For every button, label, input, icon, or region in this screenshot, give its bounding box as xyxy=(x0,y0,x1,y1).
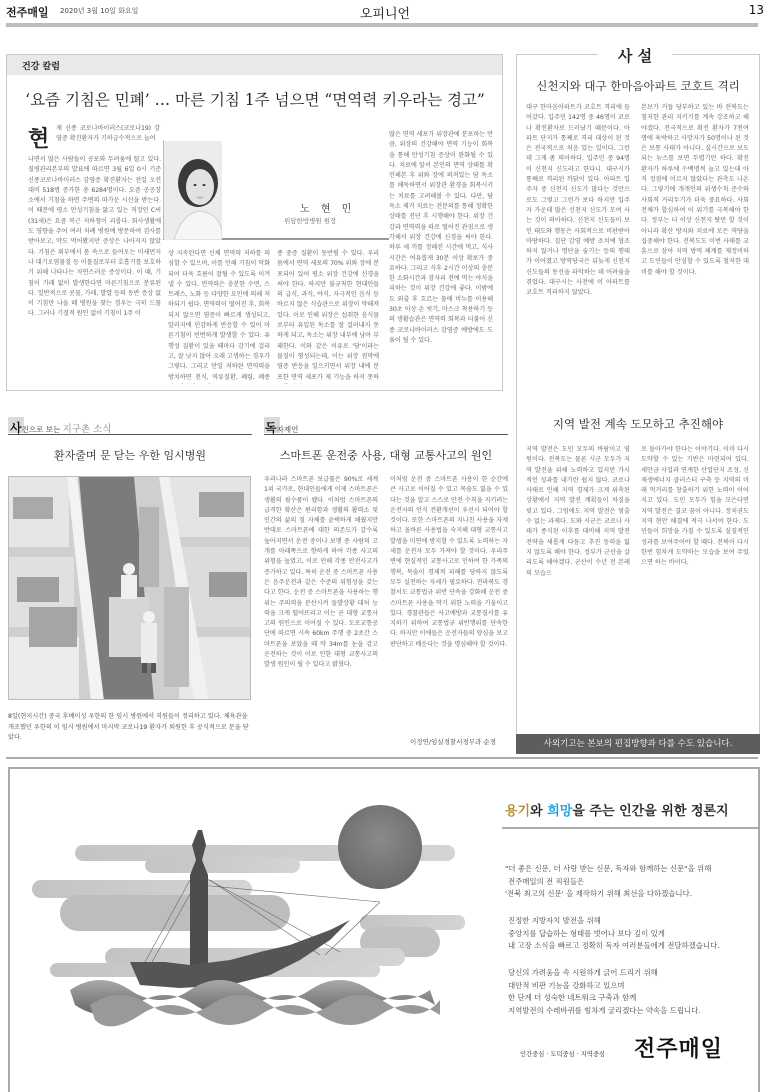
editorial-1-body-col2: 본보가 거듭 당부하고 있는 바 전북도는 철저한 관리 지키기를 계속 강조하… xyxy=(641,103,749,398)
reader-proposal-body-col1: 우리나라 스마트폰 보급률은 90%로 세계 1위 국가로, 현대인들에게 이제… xyxy=(264,475,378,733)
ad-paragraph-2: 진정한 지방자치 발전을 위해 중앙지를 답습하는 형태를 벗어나 보다 깊이 … xyxy=(505,915,755,953)
ad-top-rule xyxy=(6,757,758,759)
editorial-1-body-col1: 대구 한마음아파트가 코호트 격리에 들어갔다. 입주민 142명 중 46명이… xyxy=(526,103,630,398)
ad-slogan-and: 와 xyxy=(530,804,547,819)
ad-line: 전주매일의 전 직원들은 xyxy=(505,876,755,889)
ad-slogan-courage: 용기 xyxy=(505,804,530,819)
editorial-frame-top-right xyxy=(672,54,760,55)
disclaimer-banner: 사외기고는 본보의 편집방향과 다를 수도 있습니다. xyxy=(516,734,760,754)
editorial-2-body-col2: 로 돌아가야 한다는 이야기다. 이미 다시 도약할 수 있는 기반은 마련되어… xyxy=(641,445,749,717)
health-column-intro: 재 신종 코로나바이러스(코로나19) 감염증 확진환자가 기하급수적으로 늘어 xyxy=(56,124,160,145)
health-column-label: 건강 칼럼 xyxy=(22,59,60,72)
ad-line: 당신의 가려움을 속 시원하게 긁어 드리기 위해 xyxy=(508,967,755,980)
author-portrait xyxy=(164,141,222,240)
ad-paragraph-3: 당신의 가려움을 속 시원하게 긁어 드리기 위해 대안적 비판 기능을 강화하… xyxy=(505,967,755,1017)
dropcap: 현 xyxy=(28,122,49,153)
reader-proposal-rule xyxy=(264,434,508,435)
health-column-body-col4: 많은 면역 세포가 위장관에 분포하는 만큼, 위장의 건강해야 면역 기능이 … xyxy=(389,130,493,385)
ship-illustration xyxy=(30,800,470,1044)
editorial-label: 사 설 xyxy=(598,45,672,66)
reader-proposal-body-col2: 이처럼 운전 중 스마트폰 사용이 한 순간에 큰 사고로 이어질 수 있고 목… xyxy=(390,475,508,733)
reader-byline: 이정연/임실경찰서경무과 순경 xyxy=(410,737,496,746)
author-title: 위담한방병원 원장 xyxy=(284,216,336,225)
ad-slogan: 용기와 희망을 주는 인간을 위한 정론지 xyxy=(505,800,729,819)
health-column-body-col2: 상 지속된다면 신체 면역력 저하를 의심할 수 있으며, 이를 인해 기침이 … xyxy=(168,249,270,384)
ad-logo: 전주매일 xyxy=(634,1032,723,1063)
health-column-headline[interactable]: ‘요즘 기침은 민폐’ … 마른 기침 1주 넘으면 “면역력 키우라는 경고” xyxy=(0,88,510,110)
photo-news-label-small: 진으로 보는 xyxy=(22,425,63,434)
ad-slogan-hope: 희망 xyxy=(547,804,572,819)
reader-proposal-label-small: 자제언 xyxy=(277,425,299,434)
editorial-headline-2[interactable]: 지역 발전 계속 도모하고 추진해야 xyxy=(516,416,760,432)
photo-news-headline[interactable]: 환자줄며 문 닫는 우한 임시병원 xyxy=(0,447,260,463)
section-title: 오피니언 xyxy=(0,3,770,22)
editorial-frame-top-left xyxy=(516,54,598,55)
ad-line: 진정한 지방자치 발전을 위해 xyxy=(508,915,755,928)
editorial-2-body-col1: 지역 발전은 도민 모두의 바람이고 염원이다. 전북도는 물론 시군 모두가 … xyxy=(526,445,630,717)
reader-proposal-label-lead: 독 xyxy=(265,421,277,435)
author-name: 노 현 민 xyxy=(300,200,355,215)
ad-paragraph-1: "더 좋은 신문, 더 사랑 받는 신문, 독자와 함께하는 신문"을 위해 전… xyxy=(505,863,755,901)
health-column-body-col1: 나면서 많은 사람들이 공포와 두려움에 떨고 있다. 질병관리본부의 발표에 … xyxy=(28,155,161,380)
ad-line: 내 고장 소식을 빠르고 정확히 독자 여러분들에게 전달하겠습니다. xyxy=(508,940,755,953)
reader-proposal-headline[interactable]: 스마트폰 운전중 사용, 대형 교통사고의 원인 xyxy=(256,447,516,463)
ad-slogan-rest: 을 주는 인간을 위한 정론지 xyxy=(572,804,728,819)
editorial-headline-1[interactable]: 신천지와 대구 한마음아파트 코호트 격리 xyxy=(516,78,760,94)
page-number: 13 xyxy=(749,3,764,17)
wuhan-hospital-photo xyxy=(8,476,251,700)
photo-news-rule xyxy=(8,434,252,435)
health-column-body-col3: 종 중증 질환이 동반될 수 있다. 우리 몸에서 면역 세포의 70% 위와 … xyxy=(277,249,379,384)
photo-news-label-lead: 사 xyxy=(10,421,22,435)
ad-line: 대안적 비판 기능을 강화하고 있으며 xyxy=(508,980,755,993)
health-column-label-bar xyxy=(7,55,502,75)
ad-line: '전북 최고의 신문' 을 제작하기 위해 최선을 다하겠습니다. xyxy=(505,888,755,901)
photo-caption: 8일(현지시간) 중국 후베이성 우한의 한 임시 병원에서 직원들이 정리하고… xyxy=(8,712,254,744)
ad-slogan-rule xyxy=(502,827,758,829)
ad-line: 한 단계 더 성숙한 네트워크 구축과 함께 xyxy=(508,992,755,1005)
ad-line: 중앙지를 답습하는 형태를 벗어나 보다 깊이 있게 xyxy=(508,928,755,941)
ad-tagline: 인간중심 · 도덕중심 · 지역중심 xyxy=(520,1049,605,1058)
ad-line: "더 좋은 신문, 더 사랑 받는 신문, 독자와 함께하는 신문"을 위해 xyxy=(505,863,755,876)
masthead-divider xyxy=(6,23,758,27)
ad-line: 지역발전의 수레바퀴를 힘차게 굴리겠다는 약속을 드립니다. xyxy=(508,1005,755,1018)
